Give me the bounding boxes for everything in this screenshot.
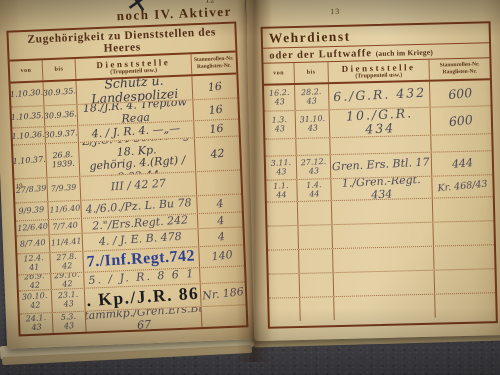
col-bis-label: bis xyxy=(307,69,316,75)
cell-bis: 31.10. 43 xyxy=(299,114,325,133)
black-ink-unit-stamp: 6. Kp./J.R. 861 xyxy=(85,284,202,311)
cell-nr: 16 xyxy=(208,102,223,116)
cell-von: 24.1. 43 xyxy=(25,314,47,333)
cell-von: 16.2. 43 xyxy=(269,88,290,107)
cell-bis: 7/9.39 xyxy=(51,184,77,195)
cell-von: 27/8.39 xyxy=(15,185,46,196)
blue-ink-unit-stamp: 7./Inf.Regt.742 xyxy=(87,247,196,271)
cell-von: 1.10.30. xyxy=(11,89,44,100)
cell-von: 1.3. 43 xyxy=(272,115,288,134)
cell-dienststelle: Stammkp./Gren.Ers.Btl. 67 xyxy=(86,307,203,332)
col-dienststelle-sublabel: (Truppenteil usw.) xyxy=(355,72,402,79)
col-rangliste-label: Ranglisten-Nr. xyxy=(443,69,477,77)
left-page: 12 noch IV. Aktiver Zugehörigkeit zu Die… xyxy=(0,0,259,349)
cell-bis: 27.8. 42 xyxy=(56,252,78,271)
wehrpass-photo: 12 noch IV. Aktiver Zugehörigkeit zu Die… xyxy=(0,0,500,375)
cell-bis: 7/7.40 xyxy=(52,221,78,232)
cell-bis: 30.9.35. xyxy=(43,87,76,98)
cell-bis: 28.2. 43 xyxy=(301,88,322,107)
cell-von: 12/6.40 xyxy=(17,222,48,233)
cell-dienststelle: 10./G.R. 434 xyxy=(330,108,431,137)
col-dienststelle-sublabel: (Truppenteil usw.) xyxy=(110,68,157,76)
cell-von: 8/7.40 xyxy=(20,239,46,250)
right-page: 13 Wehrdienst oder der Luftwaffe (auch i… xyxy=(246,0,500,341)
cell-von: 9/9.39 xyxy=(19,206,45,217)
cell-nr: 4 xyxy=(215,197,223,211)
left-table: Zugehörigkeit zu Dienststellen des Heere… xyxy=(6,21,248,336)
cell-bis: 30.9.37. xyxy=(45,129,78,140)
subtitle-text: oder der Luftwaffe xyxy=(269,48,372,62)
cell-dienststelle: 1./Gren.-Regt. 434 xyxy=(331,177,432,200)
cell-nr: Nr. 186 xyxy=(202,285,245,302)
col-von-label: von xyxy=(20,68,31,74)
cell-nr: 140 xyxy=(210,248,232,263)
cell-bis: 5.3. 43 xyxy=(61,313,78,332)
cell-nr: 600 xyxy=(448,85,473,102)
subtitle-suffix: (auch im Kriege) xyxy=(376,48,434,58)
cell-nr: 4 xyxy=(217,230,225,244)
cell-bis: 11/4.41 xyxy=(50,237,81,248)
cell-von: 3.11. 43 xyxy=(270,158,291,177)
cell-dienststelle: 4. / J. E. B. 478 xyxy=(99,231,182,249)
cell-bis: 23.1. 43 xyxy=(57,291,79,310)
cell-von: 30.10. 42 xyxy=(22,292,49,312)
cell-bis: 27.12. 43 xyxy=(300,157,326,176)
cell-bis: 11/6.40 xyxy=(49,204,80,215)
right-table: Wehrdienst oder der Luftwaffe (auch im K… xyxy=(261,21,498,329)
cell-bis: 26.8. 1939. xyxy=(51,151,75,171)
cell-bis: 30.9.36. xyxy=(44,110,77,121)
col-rangliste-label: Ranglisten-Nr. xyxy=(197,63,231,71)
cell-von: 12.4. 41 xyxy=(23,254,45,273)
cell-dienststelle: Schutz u. Landespolizei xyxy=(76,76,192,104)
cell-dienststelle: III / 42 27 xyxy=(110,178,166,194)
cell-dienststelle: E/J.O. 44 Schleswig 18. Kp. gehörig. 4.(… xyxy=(79,139,196,177)
cell-nr: 600 xyxy=(448,112,473,129)
cell-bis: 1.4. 44 xyxy=(306,181,322,200)
cell-von: 1.1. 44 xyxy=(273,181,289,200)
cell-dienststelle: Gren. Ers. Btl. 17 xyxy=(332,157,430,175)
cell-dienststelle: 4./6.0./Pz. L. Bu 78 xyxy=(86,197,193,217)
cell-von: 26.9. 42 xyxy=(24,274,46,290)
page-number-right: 13 xyxy=(330,7,340,16)
col-von-label: von xyxy=(273,70,284,76)
cell-nr: Kr. 468/43 xyxy=(437,179,488,195)
cell-nr: 444 xyxy=(451,156,473,171)
cell-nr: 42 xyxy=(210,147,225,161)
cell-bis: 29.10. 42 xyxy=(54,273,81,289)
table-row-empty xyxy=(269,293,495,322)
col-bis-label: bis xyxy=(54,66,63,72)
cell-dienststelle: 6./G.R. 432 xyxy=(333,86,426,105)
cell-dienststelle: 4. / J. R. 4. —„— xyxy=(91,123,180,141)
cell-von: 1.10.37. xyxy=(13,156,46,167)
cell-von: 1.10.36. xyxy=(12,130,45,141)
cell-von: 1.10.35. xyxy=(11,111,44,122)
cell-nr: 16 xyxy=(207,80,222,94)
cell-nr: 4 xyxy=(216,213,224,227)
cell-nr: 16 xyxy=(209,121,224,135)
